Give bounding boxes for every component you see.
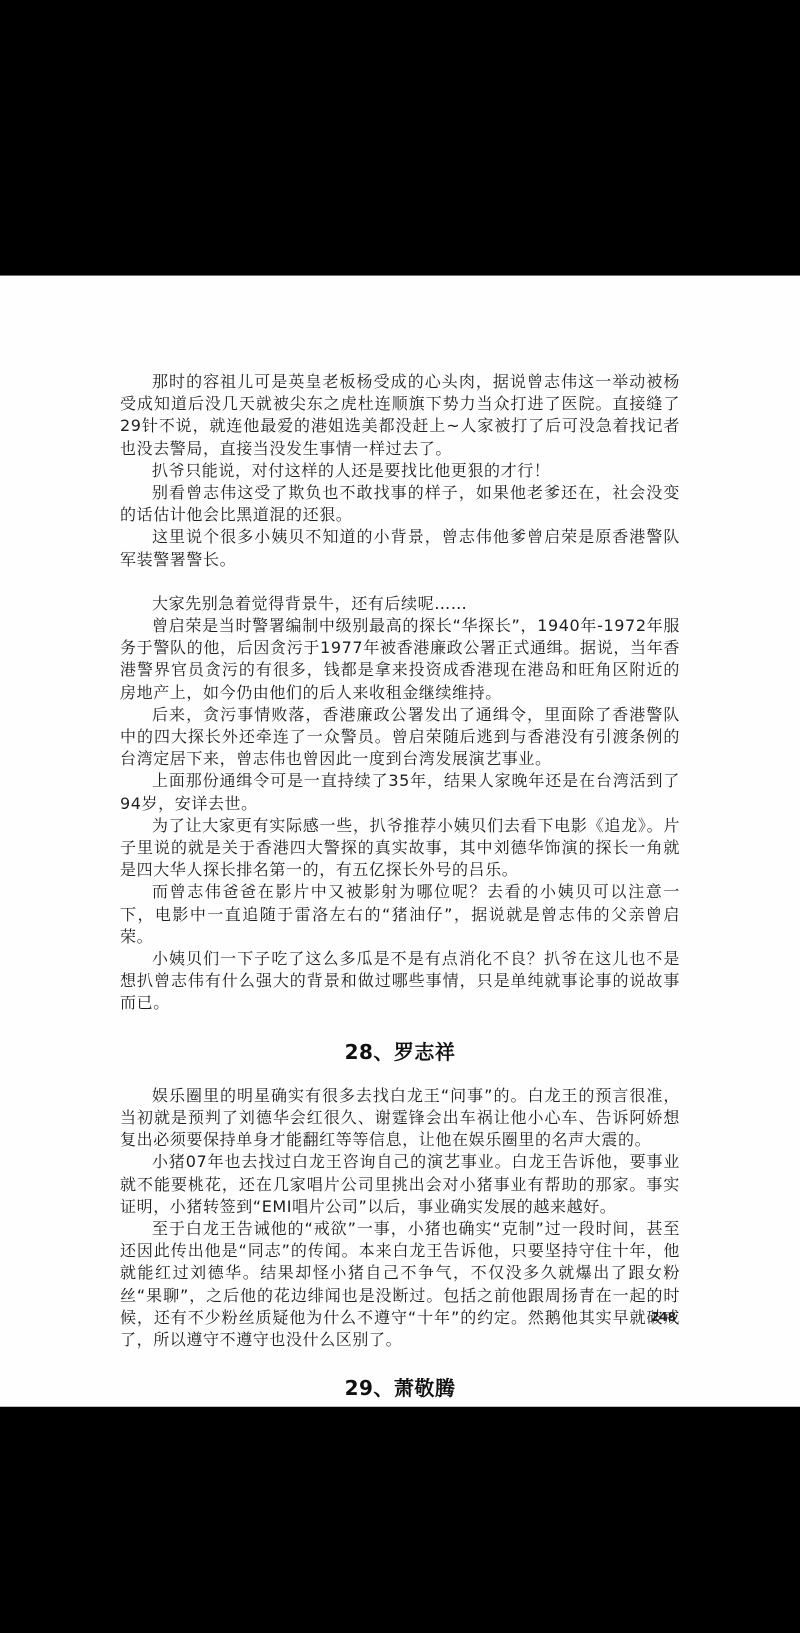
paragraph: 曾启荣是当时警署编制中级别最高的探长“华探长”，1940年-1972年服务于警队… [120, 615, 680, 704]
section-heading-29: 29、萧敬腾 [120, 1375, 680, 1401]
page-number: 248 [651, 1310, 676, 1324]
paragraph: 上面那份通缉令可是一直持续了35年，结果人家晚年还是在台湾活到了94岁，安详去世… [120, 770, 680, 814]
paragraph-gap [120, 571, 680, 593]
document-page: 那时的容祖儿可是英皇老板杨受成的心头肉，据说曾志伟这一举动被杨受成知道后没几天就… [0, 275, 800, 1407]
paragraph: 扒爷只能说，对付这样的人还是要找比他更狠的才行！ [120, 460, 680, 482]
top-black-letterbox [0, 0, 800, 274]
section-gap [120, 1065, 680, 1085]
paragraph: 娱乐圈里的明星确实有很多去找白龙王“问事”的。白龙王的预言很准，当初就是预判了刘… [120, 1085, 680, 1152]
paragraph: 小猪07年也去找过白龙王咨询自己的演艺事业。白龙王告诉他，要事业就不能要桃花，还… [120, 1151, 680, 1218]
paragraph: 后来，贪污事情败落，香港廉政公署发出了通缉令，里面除了香港警队中的四大探长外还牵… [120, 704, 680, 771]
section-gap [120, 1351, 680, 1375]
paragraph: 那时的容祖儿可是英皇老板杨受成的心头肉，据说曾志伟这一举动被杨受成知道后没几天就… [120, 371, 680, 460]
bottom-black-letterbox [0, 1408, 800, 1633]
section-gap [120, 1015, 680, 1039]
paragraph: 别看曾志伟这受了欺负也不敢找事的样子，如果他老爹还在，社会没变的话估计他会比黑道… [120, 482, 680, 526]
paragraph: 大家先别急着觉得背景牛，还有后续呢…… [120, 593, 680, 615]
paragraph: 这里说个很多小姨贝不知道的小背景，曾志伟他爹曾启荣是原香港警队军装警署警长。 [120, 526, 680, 570]
page-content: 那时的容祖儿可是英皇老板杨受成的心头肉，据说曾志伟这一举动被杨受成知道后没几天就… [120, 371, 680, 1488]
section-heading-28: 28、罗志祥 [120, 1039, 680, 1065]
paragraph: 为了让大家更有实际感一些，扒爷推荐小姨贝们去看下电影《追龙》。片子里说的就是关于… [120, 815, 680, 882]
paragraph: 而曾志伟爸爸在影片中又被影射为哪位呢？去看的小姨贝可以注意一下，电影中一直追随于… [120, 881, 680, 948]
paragraph: 至于白龙王告诫他的“戒欲”一事，小猪也确实“克制”过一段时间，甚至还因此传出他是… [120, 1218, 680, 1351]
paragraph: 小姨贝们一下子吃了这么多瓜是不是有点消化不良？扒爷在这儿也不是想扒曾志伟有什么强… [120, 948, 680, 1015]
